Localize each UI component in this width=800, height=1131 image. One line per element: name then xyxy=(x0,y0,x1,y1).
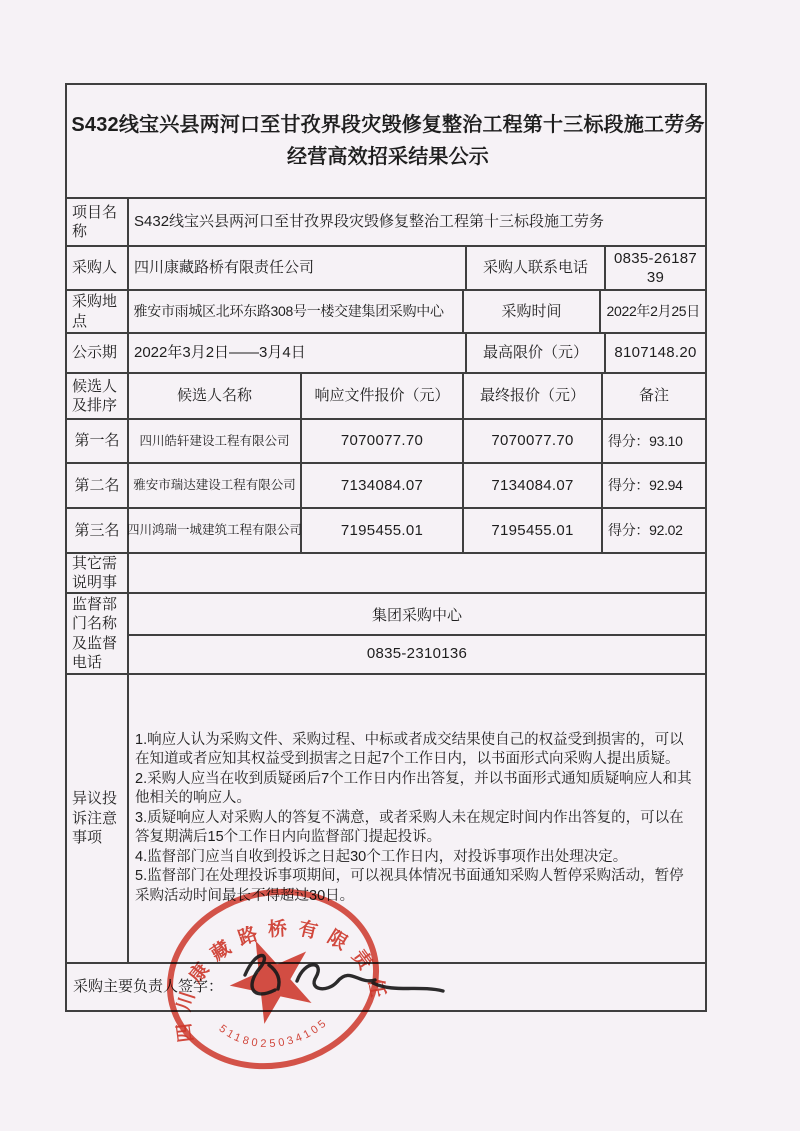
candidate-name: 四川鸿瑞一城建筑工程有限公司 xyxy=(129,509,302,552)
objection-item: 1.响应人认为采购文件、采购过程、中标或者成交结果使自己的权益受到损害的，可以在… xyxy=(135,731,697,770)
project-name-value: S432线宝兴县两河口至甘孜界段灾毁修复整治工程第十三标段施工劳务 xyxy=(129,199,705,245)
table-row: 第一名 四川皓轩建设工程有限公司 7070077.70 7070077.70 得… xyxy=(67,420,705,464)
candidate-name: 雅安市瑞达建设工程有限公司 xyxy=(129,464,302,507)
signature-stroke xyxy=(297,965,375,989)
candidate-name: 四川皓轩建设工程有限公司 xyxy=(129,420,302,462)
purchase-time-value: 2022年2月25日 xyxy=(601,291,705,332)
project-name-label: 项目名称 xyxy=(67,199,129,245)
candidate-final-price: 7134084.07 xyxy=(464,464,603,507)
candidate-rank: 第二名 xyxy=(67,464,129,507)
candidate-rank: 第一名 xyxy=(67,420,129,462)
document-title-line2: 经营高效招采结果公示 xyxy=(287,141,489,173)
candidate-doc-price: 7195455.01 xyxy=(302,509,464,552)
remark-header: 备注 xyxy=(603,374,705,418)
location-label: 采购地点 xyxy=(67,291,129,332)
supervision-label: 监督部门名称及监督电话 xyxy=(67,594,129,673)
signature-stroke xyxy=(373,983,443,991)
objection-item: 2.采购人应当在收到质疑函后7个工作日内作出答复，并以书面形式通知质疑响应人和其… xyxy=(135,770,697,809)
location-value: 雅安市雨城区北环东路308号一楼交建集团采购中心 xyxy=(129,291,464,332)
document-title: S432线宝兴县两河口至甘孜界段灾毁修复整治工程第十三标段施工劳务 经营高效招采… xyxy=(67,85,709,197)
doc-price-header: 响应文件报价（元） xyxy=(302,374,464,418)
objection-item: 3.质疑响应人对采购人的答复不满意，或者采购人未在规定时间内作出答复的，可以在答… xyxy=(135,809,697,848)
purchaser-phone-value: 0835-2618739 xyxy=(606,247,705,289)
candidate-doc-price: 7070077.70 xyxy=(302,420,464,462)
notice-table: S432线宝兴县两河口至甘孜界段灾毁修复整治工程第十三标段施工劳务 经营高效招采… xyxy=(65,83,707,1012)
max-price-value: 8107148.20 xyxy=(606,334,705,372)
purchaser-value: 四川康藏路桥有限责任公司 xyxy=(129,247,467,289)
candidate-final-price: 7070077.70 xyxy=(464,420,603,462)
signature-stroke xyxy=(269,965,279,989)
signature-scribble xyxy=(215,935,465,1030)
supervision-phone: 0835-2310136 xyxy=(129,636,705,671)
supervision-values: 集团采购中心 0835-2310136 xyxy=(129,594,705,673)
candidate-final-price: 7195455.01 xyxy=(464,509,603,552)
candidate-rank: 第三名 xyxy=(67,509,129,552)
objection-label: 异议投诉注意事项 xyxy=(67,675,129,962)
candidate-rank-header: 候选人及排序 xyxy=(67,374,129,418)
purchaser-label: 采购人 xyxy=(67,247,129,289)
max-price-label: 最高限价（元） xyxy=(467,334,606,372)
purchase-time-label: 采购时间 xyxy=(464,291,602,332)
candidate-remark: 得分：93.10 xyxy=(603,420,705,462)
purchaser-phone-label: 采购人联系电话 xyxy=(467,247,606,289)
objection-item: 4.监督部门应当自收到投诉之日起30个工作日内，对投诉事项作出处理决定。 xyxy=(135,848,697,868)
document-title-line1: S432线宝兴县两河口至甘孜界段灾毁修复整治工程第十三标段施工劳务 xyxy=(71,109,704,141)
candidate-remark: 得分：92.94 xyxy=(603,464,705,507)
publicity-period-label: 公示期 xyxy=(67,334,129,372)
publicity-period-value: 2022年3月2日——3月4日 xyxy=(129,334,467,372)
signature-stroke xyxy=(245,956,275,994)
other-notes-value xyxy=(129,554,705,592)
supervision-dept-name: 集团采购中心 xyxy=(129,594,705,636)
candidate-name-header: 候选人名称 xyxy=(129,374,302,418)
other-notes-label: 其它需说明事 xyxy=(67,554,129,592)
table-row: 第二名 雅安市瑞达建设工程有限公司 7134084.07 7134084.07 … xyxy=(67,464,705,509)
final-price-header: 最终报价（元） xyxy=(464,374,603,418)
table-row: 第三名 四川鸿瑞一城建筑工程有限公司 7195455.01 7195455.01… xyxy=(67,509,705,554)
candidate-remark: 得分：92.02 xyxy=(603,509,705,552)
candidate-doc-price: 7134084.07 xyxy=(302,464,464,507)
